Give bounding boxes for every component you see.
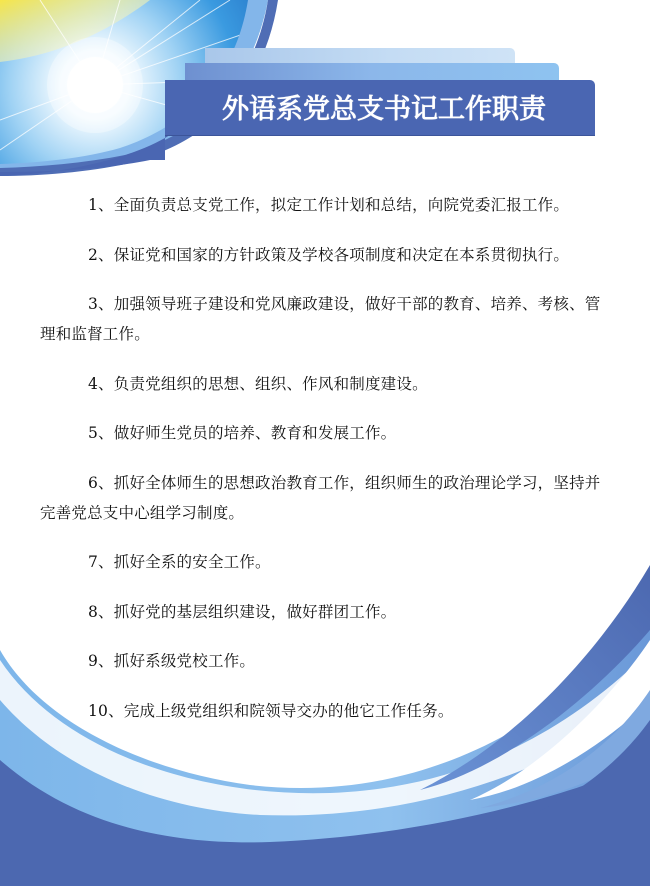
duty-item-2: 2、保证党和国家的方针政策及学校各项制度和决定在本系贯彻执行。 [40, 240, 610, 270]
duty-item-4: 4、负责党组织的思想、组织、作风和制度建设。 [40, 369, 610, 399]
duty-item-3: 3、加强领导班子建设和党风廉政建设，做好干部的教育、培养、考核、管理和监督工作。 [40, 289, 610, 349]
duty-item-6: 6、抓好全体师生的思想政治教育工作，组织师生的政治理论学习，坚持并完善党总支中心… [40, 468, 610, 528]
duty-item-8: 8、抓好党的基层组织建设，做好群团工作。 [40, 597, 610, 627]
duty-item-5: 5、做好师生党员的培养、教育和发展工作。 [40, 418, 610, 448]
duty-item-7: 7、抓好全系的安全工作。 [40, 547, 610, 577]
duty-item-10: 10、完成上级党组织和院领导交办的他它工作任务。 [40, 696, 610, 726]
title-ribbon-mid [185, 63, 559, 81]
title-ribbon-light [205, 48, 515, 64]
duty-item-1: 1、全面负责总支党工作，拟定工作计划和总结，向院党委汇报工作。 [40, 190, 610, 220]
duty-list: 1、全面负责总支党工作，拟定工作计划和总结，向院党委汇报工作。 2、保证党和国家… [40, 190, 610, 745]
duty-item-9: 9、抓好系级党校工作。 [40, 646, 610, 676]
page-title: 外语系党总支书记工作职责 [222, 90, 552, 130]
